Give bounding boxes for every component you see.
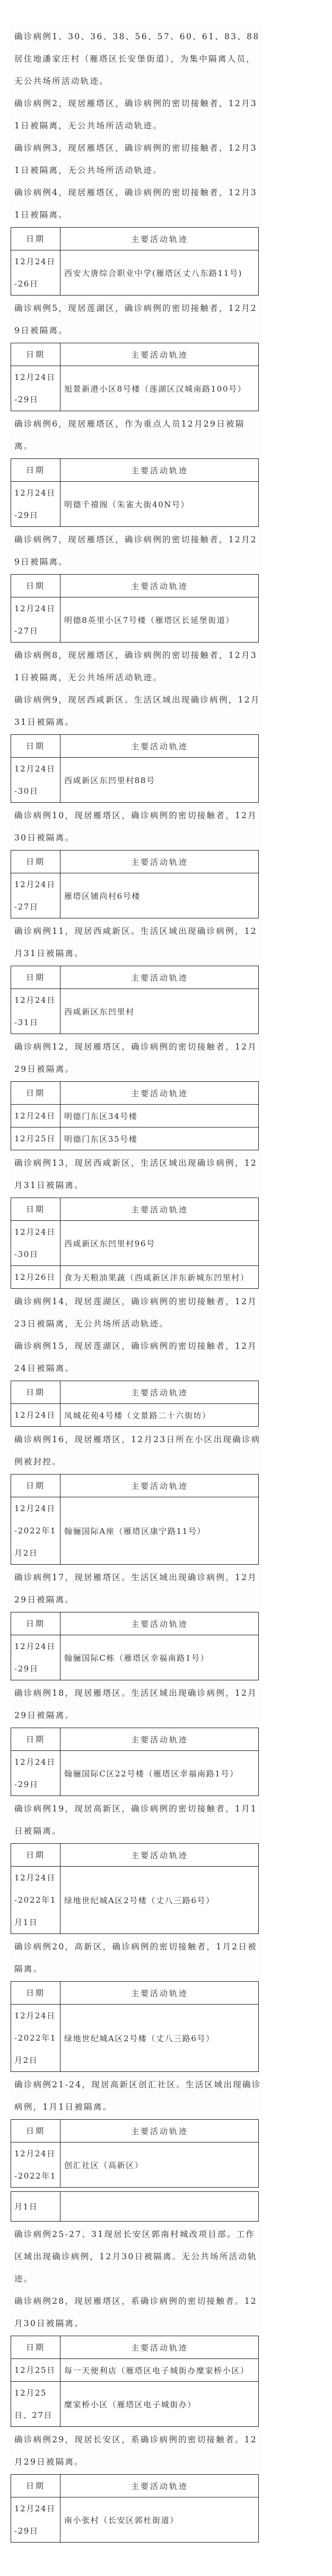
table-header-row: 日期主要活动轨迹 (11, 2475, 259, 2497)
header-date: 日期 (11, 2336, 60, 2359)
date-text: -30日 (14, 780, 57, 802)
date-cell: 12月26日 (11, 1266, 60, 1289)
header-track: 主要活动轨迹 (60, 2336, 259, 2359)
date-text: 12月24日 (14, 250, 57, 273)
activity-location-cell: 西咸新区东凹里村 (60, 989, 259, 1034)
table-header-row: 日期主要活动轨迹 (11, 2336, 259, 2359)
date-cell: 12月24日 (11, 1105, 60, 1127)
activity-location-cell: 南小张村（长安区郭杜街道） (60, 2497, 259, 2543)
header-date: 日期 (11, 1612, 60, 1635)
case-paragraph: 确诊病例17，现居雁塔区。生活区域出现确诊病例，12月29日被隔离。 (11, 1566, 261, 1611)
header-date: 日期 (11, 1728, 60, 1751)
table-split-gap (11, 2189, 260, 2190)
activity-track-table: 日期主要活动轨迹12月24日-2022年1创汇社区（高新区） (11, 2119, 259, 2188)
date-cell: 12月24日 (11, 1404, 60, 1427)
table-row: 12月24日-2022年1月2日翰骊国际A座（雁塔区康宁路11号） (11, 1497, 259, 1565)
date-text: 12月24日 (14, 1404, 57, 1426)
table-header-row: 日期主要活动轨迹 (11, 735, 259, 758)
header-date: 日期 (11, 575, 60, 597)
header-track: 主要活动轨迹 (60, 966, 259, 989)
table-row: 12月24日-30日西咸新区东凹里村88号 (11, 758, 259, 803)
header-date: 日期 (11, 966, 60, 989)
header-track: 主要活动轨迹 (60, 2120, 259, 2143)
date-cell: 12月24日-29日 (11, 366, 60, 411)
activity-location-cell: 西咸新区东凹里村96号 (60, 1221, 259, 1266)
date-cell: 12月24日-29日 (11, 482, 60, 527)
date-text: -29日 (14, 1658, 57, 1680)
date-text: 12月24日 (14, 597, 57, 620)
date-cell: 12月24日-29日 (11, 2497, 60, 2543)
activity-track-table: 日期主要活动轨迹12月24日-27日雁塔区铺尚村6号楼 (11, 850, 259, 918)
table-row: 12月26日食为天粮油果蔬（西咸新区沣东新城东凹里村） (11, 1266, 259, 1289)
date-cell: 12月24日-27日 (11, 597, 60, 643)
activity-track-table: 日期主要活动轨迹12月24日-26日西安大唐综合职业中学(雁塔区丈八东路11号) (11, 227, 259, 296)
date-text: 月1日 (14, 2196, 57, 2218)
table-row: 12月24日-2022年1月2日绿地世纪城A区2号楼（丈八三路6号） (11, 2005, 259, 2072)
activity-location-cell: 翰骊国际A座（雁塔区康宁路11号） (60, 1497, 259, 1565)
table-row: 12月24日-26日西安大唐综合职业中学(雁塔区丈八东路11号) (11, 250, 259, 296)
activity-track-table: 日期主要活动轨迹12月24日-2022年1月2日翰骊国际A座（雁塔区康宁路11号… (11, 1474, 259, 1565)
header-track: 主要活动轨迹 (60, 1475, 259, 1497)
header-date: 日期 (11, 459, 60, 482)
case-paragraph: 确诊病例21-24，现居高新区创汇社区。生活区域出现确诊病例，1月1日被隔离。 (11, 2074, 261, 2118)
activity-location-cell: 绿地世纪城A区2号楼（丈八三路6号） (60, 1867, 259, 1934)
header-track: 主要活动轨迹 (60, 1844, 259, 1867)
activity-location-cell: 翰骊国际C区22号楼（雁塔区幸福南路1号） (60, 1751, 259, 1796)
case-paragraph: 确诊病例2，现居雁塔区，确诊病例的密切接触者，12月31日被隔离，无公共场所活动… (11, 92, 261, 137)
table-row: 12月24日凤城花苑4号楼（文景路二十六街坊） (11, 1404, 259, 1427)
case-paragraph: 确诊病例1、30、36、38、56、57、60、61、83、88居住地潘家庄村（… (11, 25, 261, 92)
date-cell: 12月24日-2022年1 (11, 2143, 60, 2188)
activity-track-table: 日期主要活动轨迹12月24日-30日西咸新区东凹里村96号12月26日食为天粮油… (11, 1198, 259, 1289)
date-text: 日、27日 (14, 2404, 57, 2426)
date-text: -27日 (14, 896, 57, 918)
case-paragraph: 确诊病例14，现居莲湖区，确诊病例的密切接触者，12月23日被隔离，无公共场所活… (11, 1290, 261, 1335)
header-date: 日期 (11, 1198, 60, 1221)
date-cell: 12月24日-27日 (11, 873, 60, 918)
table-row: 12月24日-27日雁塔区铺尚村6号楼 (11, 873, 259, 918)
case-paragraph: 确诊病例29，现居长安区，系确诊病例的密切接触者。12月29日被隔离。 (11, 2428, 261, 2473)
case-paragraph: 确诊病例15，现居莲湖区，确诊病例的密切接触者，12月24日被隔离。 (11, 1335, 261, 1380)
date-text: -26日 (14, 273, 57, 295)
header-track: 主要活动轨迹 (60, 1082, 259, 1105)
date-text: 12月24日 (14, 873, 57, 896)
date-text: -29日 (14, 1773, 57, 1796)
date-text: -30日 (14, 1243, 57, 1265)
activity-track-table: 日期主要活动轨迹12月24日-29日翰骊国际C区22号楼（雁塔区幸福南路1号） (11, 1728, 259, 1796)
table-row: 12月24日-29日翰骊国际C栋（雁塔区幸福南路1号） (11, 1635, 259, 1680)
table-row: 12月25日明德门东区35号楼 (11, 1127, 259, 1150)
table-header-row: 日期主要活动轨迹 (11, 2120, 259, 2143)
date-text: 12月24日 (14, 1221, 57, 1243)
table-row: 12月24日-27日明德8英里小区7号楼（雁塔区长延堡街道） (11, 597, 259, 643)
date-text: -29日 (14, 388, 57, 411)
case-paragraph: 确诊病例13，现居西咸新区，生活区域出现确诊病例，12月31日被隔离。 (11, 1152, 261, 1196)
case-paragraph: 确诊病例6，现居雁塔区，作为重点人员12月29日被隔离。 (11, 413, 261, 457)
activity-track-table: 日期主要活动轨迹12月24日明德门东区34号楼12月25日明德门东区35号楼 (11, 1081, 259, 1150)
activity-location-cell: 明德8英里小区7号楼（雁塔区长延堡街道） (60, 597, 259, 643)
header-date: 日期 (11, 851, 60, 873)
date-text: 12月24日 (14, 989, 57, 1011)
date-text: 12月24日 (14, 1497, 57, 1520)
date-text: 月2日 (14, 2049, 57, 2071)
header-track: 主要活动轨迹 (60, 1612, 259, 1635)
activity-location-cell: 西咸新区东凹里村88号 (60, 758, 259, 803)
header-date: 日期 (11, 228, 60, 250)
activity-location-cell: 明德门东区35号楼 (60, 1127, 259, 1150)
date-cell: 12月24日-30日 (11, 1221, 60, 1266)
date-text: -2022年1 (14, 1889, 57, 1911)
case-paragraph: 确诊病例9，现居西咸新区。生活区域出现确诊病例，12月31日被隔离。 (11, 689, 261, 733)
header-date: 日期 (11, 1381, 60, 1404)
table-header-row: 日期主要活动轨迹 (11, 343, 259, 366)
date-cell: 12月24日-30日 (11, 758, 60, 803)
activity-track-table: 日期主要活动轨迹12月24日凤城花苑4号楼（文景路二十六街坊） (11, 1381, 259, 1427)
case-paragraph: 确诊病例25-27、31现居长安区郭南村城改项目部。工作区域出现确诊病例，12月… (11, 2223, 261, 2290)
date-text: 月2日 (14, 1542, 57, 1564)
date-cell: 12月24日-29日 (11, 1635, 60, 1680)
table-row: 12月25日、27日糜家桥小区（雁塔区电子城街办） (11, 2382, 259, 2427)
date-text: 12月24日 (14, 2005, 57, 2027)
table-header-row: 日期主要活动轨迹 (11, 1612, 259, 1635)
header-track: 主要活动轨迹 (60, 735, 259, 758)
case-paragraph: 确诊病例7，现居雁塔区，确诊病例的密切接触者，12月29日被隔离。 (11, 528, 261, 573)
date-cell: 12月24日-2022年1月1日 (11, 1867, 60, 1934)
activity-track-table: 日期主要活动轨迹12月25日每一天便利店（雁塔区电子城街办糜家桥小区）12月25… (11, 2336, 259, 2427)
activity-track-table: 日期主要活动轨迹12月24日-31日西咸新区东凹里村 (11, 966, 259, 1034)
case-paragraph: 确诊病例11，现居西咸新区。生活区域出现确诊病例，12月31日被隔离。 (11, 920, 261, 965)
date-text: 12月24日 (14, 366, 57, 388)
date-cell: 月1日 (11, 2192, 60, 2222)
case-paragraph: 确诊病例4，现居雁塔区，确诊病例的密切接触者，12月31日被隔离。 (11, 181, 261, 226)
date-cell: 12月25日 (11, 1127, 60, 1150)
case-paragraph: 确诊病例20，高新区，确诊病例的密切接触者，1月2日被隔离。 (11, 1936, 261, 1980)
case-paragraph: 确诊病例28，现居雁塔区，系确诊病例的密切接触者。12月30日被隔离。 (11, 2290, 261, 2335)
table-header-row: 日期主要活动轨迹 (11, 1381, 259, 1404)
header-track: 主要活动轨迹 (60, 228, 259, 250)
activity-location-cell: 明德门东区34号楼 (60, 1105, 259, 1127)
table-header-row: 日期主要活动轨迹 (11, 1982, 259, 2005)
case-paragraph: 确诊病例12，现居雁塔区，确诊病例的密切接触者，12月29日被隔离。 (11, 1036, 261, 1080)
activity-location-cell: 西安大唐综合职业中学(雁塔区丈八东路11号) (60, 250, 259, 296)
activity-location-cell: 凤城花苑4号楼（文景路二十六街坊） (60, 1404, 259, 1427)
header-track: 主要活动轨迹 (60, 1381, 259, 1404)
activity-track-table: 日期主要活动轨迹12月24日-29日旭景新港小区8号楼（莲湖区汉城南路100号） (11, 343, 259, 411)
date-text: 12月25 (14, 2382, 57, 2404)
table-row: 12月24日-2022年1创汇社区（高新区） (11, 2143, 259, 2188)
date-cell: 12月24日-2022年1月2日 (11, 1497, 60, 1565)
header-track: 主要活动轨迹 (60, 2475, 259, 2497)
activity-track-table: 日期主要活动轨迹12月24日-27日明德8英里小区7号楼（雁塔区长延堡街道） (11, 574, 259, 643)
date-text: 12月24日 (14, 1105, 57, 1127)
date-cell: 12月24日-29日 (11, 1751, 60, 1796)
date-cell: 12月24日-26日 (11, 250, 60, 296)
date-cell: 12月25日、27日 (11, 2382, 60, 2427)
case-paragraph: 确诊病例10，现居雁塔区，确诊病例的密切接触者，12月30日被隔离。 (11, 804, 261, 849)
header-date: 日期 (11, 1475, 60, 1497)
date-text: -29日 (14, 2520, 57, 2542)
activity-track-table: 日期主要活动轨迹12月24日-2022年1月2日绿地世纪城A区2号楼（丈八三路6… (11, 1981, 259, 2072)
header-track: 主要活动轨迹 (60, 1198, 259, 1221)
date-text: 12月24日 (14, 2143, 57, 2165)
date-cell: 12月25日 (11, 2359, 60, 2382)
table-header-row: 日期主要活动轨迹 (11, 1728, 259, 1751)
date-text: 12月24日 (14, 482, 57, 504)
date-cell: 12月24日-2022年1月2日 (11, 2005, 60, 2072)
activity-location-cell: 创汇社区（高新区） (60, 2143, 259, 2188)
activity-location-cell: 翰骊国际C栋（雁塔区幸福南路1号） (60, 1635, 259, 1680)
table-header-row: 日期主要活动轨迹 (11, 1475, 259, 1497)
activity-track-table: 日期主要活动轨迹12月24日-29日南小张村（长安区郭杜街道） (11, 2474, 259, 2543)
header-track: 主要活动轨迹 (60, 1728, 259, 1751)
date-text: 12月26日 (14, 1266, 57, 1288)
activity-track-table: 日期主要活动轨迹12月24日-29日翰骊国际C栋（雁塔区幸福南路1号） (11, 1612, 259, 1680)
date-text: -2022年1 (14, 2027, 57, 2049)
activity-location-cell: 雁塔区铺尚村6号楼 (60, 873, 259, 918)
table-header-row: 日期主要活动轨迹 (11, 228, 259, 250)
case-paragraph: 确诊病例5，现居莲湖区，确诊病例的密切接触者，12月29日被隔离。 (11, 297, 261, 342)
document-body: 确诊病例1、30、36、38、56、57、60、61、83、88居住地潘家庄村（… (0, 0, 260, 2576)
activity-location-cell: 绿地世纪城A区2号楼（丈八三路6号） (60, 2005, 259, 2072)
activity-track-table: 日期主要活动轨迹12月24日-30日西咸新区东凹里村88号 (11, 734, 259, 803)
date-text: 12月24日 (14, 758, 57, 780)
case-paragraph: 确诊病例19，现居高新区，确诊病例的密切接触者，1月1日被隔离。 (11, 1798, 261, 1842)
date-text: 12月24日 (14, 1635, 57, 1658)
date-text: -29日 (14, 504, 57, 526)
header-track: 主要活动轨迹 (60, 1982, 259, 2005)
table-row: 12月25日每一天便利店（雁塔区电子城街办糜家桥小区） (11, 2359, 259, 2382)
activity-track-table-continuation: 月1日 (11, 2191, 259, 2222)
date-text: 12月24日 (14, 2497, 57, 2520)
table-row: 12月24日明德门东区34号楼 (11, 1105, 259, 1127)
case-paragraph: 确诊病例18，现居雁塔区。生活区域出现确诊病例，12月29日被隔离。 (11, 1682, 261, 1727)
header-track: 主要活动轨迹 (60, 459, 259, 482)
header-date: 日期 (11, 2475, 60, 2497)
header-date: 日期 (11, 343, 60, 366)
case-paragraph: 确诊病例3，现居雁塔区，确诊病例的密切接触者，12月31日被隔离，无公共场所活动… (11, 137, 261, 181)
header-date: 日期 (11, 1982, 60, 2005)
header-date: 日期 (11, 1844, 60, 1867)
table-header-row: 日期主要活动轨迹 (11, 1082, 259, 1105)
table-row: 12月24日-2022年1月1日绿地世纪城A区2号楼（丈八三路6号） (11, 1867, 259, 1934)
header-date: 日期 (11, 2120, 60, 2143)
activity-location-cell: 食为天粮油果蔬（西咸新区沣东新城东凹里村） (60, 1266, 259, 1289)
bottom-spacer (11, 2544, 260, 2576)
date-text: 12月24日 (14, 1751, 57, 1773)
case-paragraph: 确诊病例16，现居雁塔区，12月23日所在小区出现确诊病例被封控。 (11, 1428, 261, 1473)
date-text: 12月24日 (14, 1867, 57, 1889)
date-text: -27日 (14, 620, 57, 642)
table-row: 12月24日-31日西咸新区东凹里村 (11, 989, 259, 1034)
table-row: 12月24日-29日南小张村（长安区郭杜街道） (11, 2497, 259, 2543)
table-header-row: 日期主要活动轨迹 (11, 851, 259, 873)
header-track: 主要活动轨迹 (60, 575, 259, 597)
table-row: 12月24日-29日明德千禧阁（朱雀大街40N号） (11, 482, 259, 527)
table-header-row: 日期主要活动轨迹 (11, 575, 259, 597)
header-date: 日期 (11, 735, 60, 758)
activity-location-cell: 明德千禧阁（朱雀大街40N号） (60, 482, 259, 527)
date-text: -2022年1 (14, 2165, 57, 2187)
table-row: 12月24日-29日翰骊国际C区22号楼（雁塔区幸福南路1号） (11, 1751, 259, 1796)
case-paragraph: 确诊病例8，现居雁塔区，确诊病例的密切接触者，12月31日被隔离，无公共场所活动… (11, 644, 261, 689)
table-header-row: 日期主要活动轨迹 (11, 1844, 259, 1867)
date-text: 12月25日 (14, 1127, 57, 1150)
table-row: 12月24日-30日西咸新区东凹里村96号 (11, 1221, 259, 1266)
date-cell: 12月24日-31日 (11, 989, 60, 1034)
date-text: -31日 (14, 1011, 57, 1034)
table-header-row: 日期主要活动轨迹 (11, 459, 259, 482)
header-date: 日期 (11, 1082, 60, 1105)
table-header-row: 日期主要活动轨迹 (11, 1198, 259, 1221)
activity-location-cell: 糜家桥小区（雁塔区电子城街办） (60, 2382, 259, 2427)
table-row: 12月24日-29日旭景新港小区8号楼（莲湖区汉城南路100号） (11, 366, 259, 411)
date-text: 月1日 (14, 1911, 57, 1933)
activity-track-table: 日期主要活动轨迹12月24日-29日明德千禧阁（朱雀大街40N号） (11, 458, 259, 527)
date-text: -2022年1 (14, 1520, 57, 1542)
activity-location-cell: 每一天便利店（雁塔区电子城街办糜家桥小区） (60, 2359, 259, 2382)
table-row: 月1日 (11, 2192, 259, 2222)
activity-location-cell: 旭景新港小区8号楼（莲湖区汉城南路100号） (60, 366, 259, 411)
activity-track-table: 日期主要活动轨迹12月24日-2022年1月1日绿地世纪城A区2号楼（丈八三路6… (11, 1843, 259, 1934)
header-track: 主要活动轨迹 (60, 851, 259, 873)
table-header-row: 日期主要活动轨迹 (11, 966, 259, 989)
date-text: 12月25日 (14, 2359, 57, 2381)
activity-location-cell (60, 2192, 259, 2222)
header-track: 主要活动轨迹 (60, 343, 259, 366)
